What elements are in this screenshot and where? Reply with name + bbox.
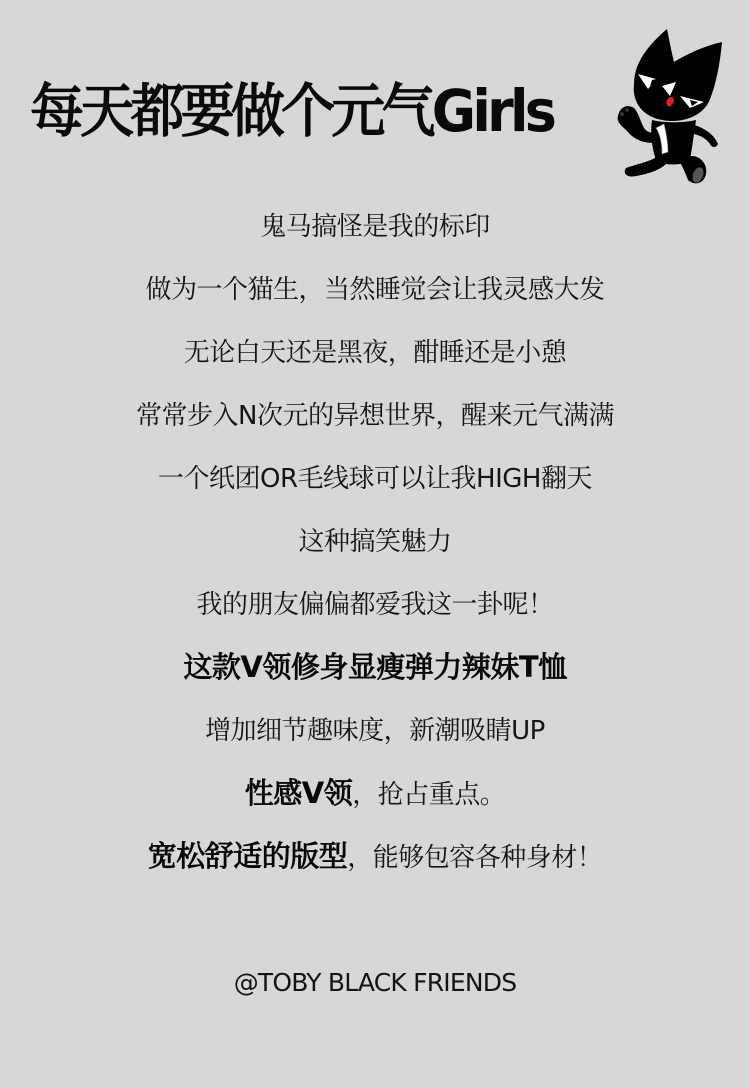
description-line: 做为一个猫生，当然睡觉会让我灵感大发 — [0, 273, 750, 307]
description-line: 增加细节趣味度，新潮吸睛UP — [0, 714, 750, 748]
page-title: 每天都要做个元气Girls — [30, 76, 574, 146]
feature-text: ，抢占重点。 — [352, 780, 505, 810]
feature-text: ，能够包容各种身材！ — [347, 843, 602, 873]
feature-highlight: 性感V领 — [245, 776, 352, 810]
description-line: 我的朋友偏偏都爱我这一卦呢！ — [0, 588, 750, 622]
feature-line-v-neck: 性感V领，抢占重点。 — [0, 776, 750, 812]
header: 每天都要做个元气Girls — [0, 0, 750, 190]
description-line: 这种搞笑魅力 — [0, 525, 750, 559]
description-line: 无论白天还是黑夜，酣睡还是小憩 — [0, 336, 750, 370]
description-line: 常常步入N次元的异想世界，醒来元气满满 — [0, 399, 750, 433]
description-line: 鬼马搞怪是我的标印 — [0, 210, 750, 244]
feature-highlight: 宽松舒适的版型 — [148, 839, 348, 873]
description-line: 一个纸团OR毛线球可以让我HIGH翻天 — [0, 462, 750, 496]
feature-line-fit: 宽松舒适的版型，能够包容各种身材！ — [0, 839, 750, 875]
black-cat-mascot-icon — [612, 24, 727, 186]
product-headline: 这款V领修身显瘦弹力辣妹T恤 — [0, 650, 750, 684]
brand-credit: @TOBY BLACK FRIENDS — [0, 966, 750, 1000]
